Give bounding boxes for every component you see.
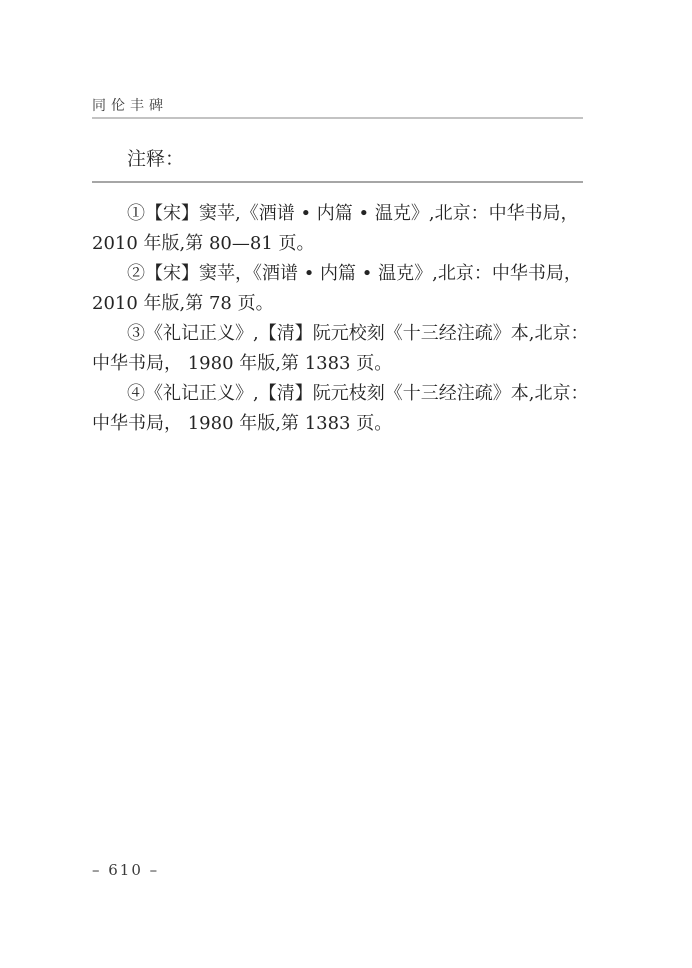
footnote-2: ②【宋】窦苹，《酒谱 • 内篇 • 温克》,北京：中华书局， 2010 年版,第… [92,259,583,319]
footnote-3-line-1: ③《礼记正义》,【清】阮元校刻《十三经注疏》本,北京： [92,323,588,344]
document-page: 同伦丰碑 注释： ①【宋】窦苹,《酒谱 • 内篇 • 温克》,北京：中华书局， … [0,0,692,968]
notes-heading: 注释： [127,144,184,171]
footnote-1-line-2: 2010 年版,第 80—81 页。 [92,233,315,254]
footnote-4-line-1: ④《礼记正义》,【清】阮元枝刻《十三经注疏》本,北京： [92,383,588,404]
footnotes-list: ①【宋】窦苹,《酒谱 • 内篇 • 温克》,北京：中华书局， 2010 年版,第… [92,199,583,439]
footnote-4-line-2: 中华书局， 1980 年版,第 1383 页。 [92,413,392,434]
footnote-3-line-2: 中华书局， 1980 年版,第 1383 页。 [92,353,392,374]
footnote-3: ③《礼记正义》,【清】阮元校刻《十三经注疏》本,北京： 中华书局， 1980 年… [92,319,583,379]
footnote-1-line-1: ①【宋】窦苹,《酒谱 • 内篇 • 温克》,北京：中华书局， [92,203,579,224]
section-rule [92,181,583,183]
footnote-2-line-2: 2010 年版,第 78 页。 [92,293,274,314]
footnote-4: ④《礼记正义》,【清】阮元枝刻《十三经注疏》本,北京： 中华书局， 1980 年… [92,379,583,439]
page-number: – 610 – [92,861,159,879]
footnote-2-line-1: ②【宋】窦苹，《酒谱 • 内篇 • 温克》,北京：中华书局， [92,263,582,284]
header-rule [92,117,583,119]
footnote-1: ①【宋】窦苹,《酒谱 • 内篇 • 温克》,北京：中华书局， 2010 年版,第… [92,199,583,259]
running-header: 同伦丰碑 [92,95,168,115]
